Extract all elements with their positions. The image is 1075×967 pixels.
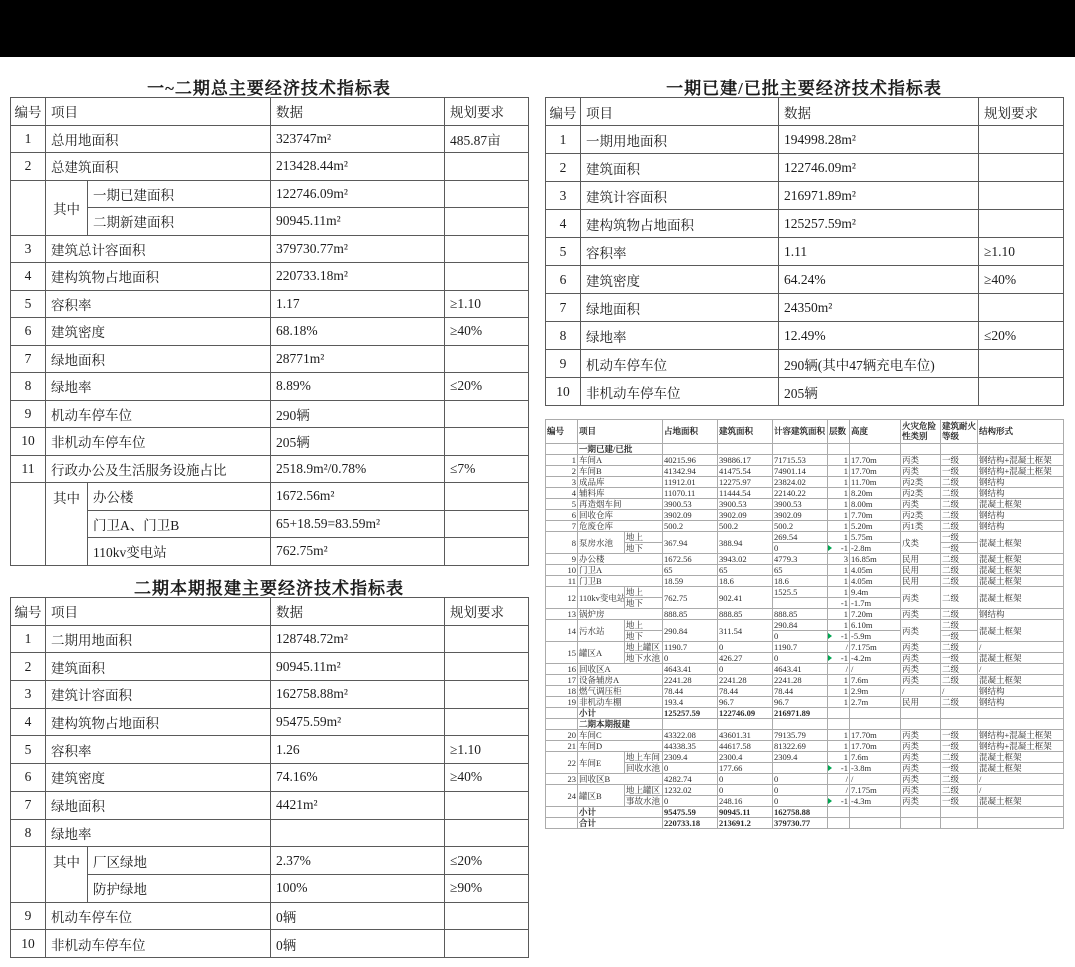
- table-row: 6回收仓库3902.093902.093902.0917.70m丙2类二级钢结构: [546, 510, 1064, 521]
- requirement-value: [445, 345, 529, 373]
- structure-type: /: [978, 774, 1064, 785]
- col-header: 高度: [850, 420, 901, 444]
- section-row: 二期本期报建: [546, 719, 1064, 730]
- row-number: 6: [11, 764, 46, 792]
- row-number: 4: [11, 263, 46, 291]
- item-name: 非机动车停车位: [46, 428, 271, 456]
- table-row: 10非机动车停车位205辆: [11, 428, 529, 456]
- row-number: 9: [11, 902, 46, 930]
- row-number: 1: [11, 625, 46, 653]
- data-value: 128748.72m²: [271, 625, 445, 653]
- table-row: 12110kv变电站地上762.75902.411525.519.4m丙类二级混…: [546, 587, 1064, 598]
- height-value: 17.70m: [850, 730, 901, 741]
- sub-label: 地下水池: [625, 653, 663, 664]
- fire-class: 丙类: [901, 774, 941, 785]
- col-header: 计容建筑面积: [773, 420, 828, 444]
- area-counted: 2309.4: [773, 752, 828, 763]
- col-header: 建筑面积: [718, 420, 773, 444]
- table-row: 防护绿地100%≥90%: [11, 874, 529, 902]
- col-header-item: 项目: [581, 98, 779, 126]
- summary-label: 合计: [578, 818, 663, 829]
- table-row: 22车间E地上车间2309.42300.42309.417.6m丙类二级混凝土框…: [546, 752, 1064, 763]
- height-value: 8.20m: [850, 488, 901, 499]
- table-row: 8绿地率12.49%≤20%: [546, 322, 1064, 350]
- table-row: 2建筑面积90945.11m²: [11, 653, 529, 681]
- table-row: 5再造烟车间3900.533900.533900.5318.00m丙类二级混凝土…: [546, 499, 1064, 510]
- col-header-data: 数据: [271, 98, 445, 126]
- col-header-no: 编号: [11, 98, 46, 126]
- data-value: 162758.88m²: [271, 681, 445, 709]
- area-built: 3943.02: [718, 554, 773, 565]
- floor-count: 1: [828, 675, 850, 686]
- col-header-item: 项目: [46, 98, 271, 126]
- area-built: 0: [718, 664, 773, 675]
- height-value: -5.9m: [850, 631, 901, 642]
- item-name: 建构筑物占地面积: [46, 263, 271, 291]
- item-name: 锅炉房: [578, 609, 663, 620]
- data-value: 290辆(其中47辆充电车位): [779, 350, 979, 378]
- cell: [978, 807, 1064, 818]
- area-counted: [773, 598, 828, 609]
- structure-type: 混凝土框架: [978, 653, 1064, 664]
- floor-count: -1: [828, 631, 850, 642]
- requirement-value: [445, 653, 529, 681]
- structure-type: 钢结构: [978, 697, 1064, 708]
- item-name: 总建筑面积: [46, 153, 271, 181]
- height-value: 7.6m: [850, 752, 901, 763]
- cell: [828, 818, 850, 829]
- green-flag-icon: [828, 655, 832, 661]
- area-footprint: 4282.74: [663, 774, 718, 785]
- item-name: 厂区绿地: [88, 847, 271, 875]
- fire-rating: 二级: [941, 609, 978, 620]
- fire-class: 丙类: [901, 730, 941, 741]
- height-value: 7.6m: [850, 675, 901, 686]
- row-number: 9: [11, 400, 46, 428]
- fire-class: 丙1类: [901, 521, 941, 532]
- floor-count: 1: [828, 752, 850, 763]
- item-name: 绿地面积: [46, 791, 271, 819]
- table2-title: 一期已建/已批主要经济技术指标表: [545, 74, 1063, 99]
- item-name: 防护绿地: [88, 874, 271, 902]
- table-row: 10非机动车停车位205辆: [546, 378, 1064, 406]
- fire-class: 丙类: [901, 752, 941, 763]
- item-name: 机动车停车位: [581, 350, 779, 378]
- floor-count: 3: [828, 554, 850, 565]
- col-header: 火灾危险性类别: [901, 420, 941, 444]
- row-number: 18: [546, 686, 578, 697]
- area-counted: 1525.5: [773, 587, 828, 598]
- data-value: 24350m²: [779, 294, 979, 322]
- col-header-data: 数据: [779, 98, 979, 126]
- item-name: 机动车停车位: [46, 400, 271, 428]
- cell: [978, 719, 1064, 730]
- area-counted: 79135.79: [773, 730, 828, 741]
- cell: [663, 719, 718, 730]
- requirement-value: [445, 153, 529, 181]
- table-phase2-current-indicators: 编号项目数据规划要求1二期用地面积128748.72m²2建筑面积90945.1…: [10, 597, 529, 958]
- table-row: 9机动车停车位290辆: [11, 400, 529, 428]
- requirement-value: ≤20%: [445, 373, 529, 401]
- table-row: 19非机动车棚193.496.796.712.7m民用二级钢结构: [546, 697, 1064, 708]
- fire-class: 戊类: [901, 532, 941, 554]
- table-row: 6建筑密度68.18%≥40%: [11, 318, 529, 346]
- row-number: 2: [546, 466, 578, 477]
- area-counted: 22140.22: [773, 488, 828, 499]
- row-number: 7: [546, 521, 578, 532]
- height-value: 4.05m: [850, 576, 901, 587]
- item-name: 容积率: [581, 238, 779, 266]
- item-name: 泵房水池: [578, 532, 625, 554]
- floor-count: 1: [828, 477, 850, 488]
- data-value: 323747m²: [271, 125, 445, 153]
- height-value: 17.70m: [850, 455, 901, 466]
- data-value: 2518.9m²/0.78%: [271, 455, 445, 483]
- structure-type: 钢结构+混凝土框架: [978, 455, 1064, 466]
- data-value: 762.75m²: [271, 538, 445, 566]
- col-header: 建筑耐火等级: [941, 420, 978, 444]
- area-footprint: 125257.59: [663, 708, 718, 719]
- table-row: 3成品库11912.0112275.9723824.02111.70m丙2类二级…: [546, 477, 1064, 488]
- sub-label: 地上罐区: [625, 785, 663, 796]
- qizhong-label: 其中: [46, 847, 88, 902]
- row-number: 8: [546, 322, 581, 350]
- row-number: [546, 444, 578, 455]
- item-name: 建构筑物占地面积: [46, 708, 271, 736]
- col-header: 层数: [828, 420, 850, 444]
- row-number: 12: [546, 587, 578, 609]
- structure-type: 钢结构+混凝土框架: [978, 466, 1064, 477]
- row-number: [11, 180, 46, 235]
- row-number: 1: [546, 126, 581, 154]
- sub-label: 地上: [625, 587, 663, 598]
- requirement-value: 485.87亩: [445, 125, 529, 153]
- area-built: 177.66: [718, 763, 773, 774]
- row-number: 6: [546, 510, 578, 521]
- fire-rating: 二级: [941, 499, 978, 510]
- area-counted: 3900.53: [773, 499, 828, 510]
- area-footprint: 0: [663, 796, 718, 807]
- area-counted: 18.6: [773, 576, 828, 587]
- structure-type: 钢结构: [978, 521, 1064, 532]
- row-number: 5: [546, 499, 578, 510]
- fire-class: 丙类: [901, 796, 941, 807]
- requirement-value: [979, 126, 1064, 154]
- row-number: 8: [546, 532, 578, 554]
- cell: [773, 444, 828, 455]
- col-header: 结构形式: [978, 420, 1064, 444]
- table-row: 10门卫A65656514.05m民用二级混凝土框架: [546, 565, 1064, 576]
- item-name: 非机动车停车位: [46, 930, 271, 958]
- floor-count: 1: [828, 609, 850, 620]
- fire-class: 丙类: [901, 664, 941, 675]
- item-name: 回收区A: [578, 664, 663, 675]
- row-number: 7: [546, 294, 581, 322]
- cell: [978, 818, 1064, 829]
- item-name: 总用地面积: [46, 125, 271, 153]
- area-footprint: 11070.11: [663, 488, 718, 499]
- table-row: 二期新建面积90945.11m²: [11, 208, 529, 236]
- fire-rating: 二级: [941, 554, 978, 565]
- structure-type: 混凝土框架: [978, 532, 1064, 554]
- col-header-item: 项目: [46, 598, 271, 626]
- data-value: 28771m²: [271, 345, 445, 373]
- sub-label: 地下: [625, 543, 663, 554]
- floor-count: 1: [828, 686, 850, 697]
- row-number: 3: [546, 182, 581, 210]
- row-number: 20: [546, 730, 578, 741]
- item-name: 容积率: [46, 290, 271, 318]
- requirement-value: [445, 791, 529, 819]
- height-value: 7.175m: [850, 642, 901, 653]
- row-number: 2: [546, 154, 581, 182]
- structure-type: 混凝土框架: [978, 675, 1064, 686]
- fire-rating: 一级: [941, 455, 978, 466]
- structure-type: 钢结构: [978, 477, 1064, 488]
- row-number: 11: [546, 576, 578, 587]
- table-row: 13锅炉房888.85888.85888.8517.20m丙类二级钢结构: [546, 609, 1064, 620]
- row-number: 21: [546, 741, 578, 752]
- area-footprint: 41342.94: [663, 466, 718, 477]
- cell: [978, 708, 1064, 719]
- row-number: 5: [546, 238, 581, 266]
- requirement-value: [445, 428, 529, 456]
- area-built: 3900.53: [718, 499, 773, 510]
- fire-class: 丙类: [901, 741, 941, 752]
- height-value: 7.175m: [850, 785, 901, 796]
- requirement-value: [445, 510, 529, 538]
- floor-count: /: [828, 774, 850, 785]
- floor-count: -1: [828, 796, 850, 807]
- item-name: 非机动车棚: [578, 697, 663, 708]
- data-value: 8.89%: [271, 373, 445, 401]
- cell: [718, 444, 773, 455]
- green-flag-icon: [828, 765, 832, 771]
- table-building-details: 编号项目占地面积建筑面积计容建筑面积层数高度火灾危险性类别建筑耐火等级结构形式一…: [545, 419, 1064, 829]
- cell: [901, 444, 941, 455]
- data-value: 4421m²: [271, 791, 445, 819]
- table3-title: 二期本期报建主要经济技术指标表: [10, 574, 528, 599]
- requirement-value: [445, 180, 529, 208]
- row-number: 9: [546, 350, 581, 378]
- row-number: 3: [11, 681, 46, 709]
- floor-count: /: [828, 642, 850, 653]
- row-number: 15: [546, 642, 578, 664]
- row-number: 6: [11, 318, 46, 346]
- table-row: 3建筑计容面积162758.88m²: [11, 681, 529, 709]
- summary-label: 小计: [578, 708, 663, 719]
- item-name: 行政办公及生活服务设施占比: [46, 455, 271, 483]
- area-footprint: 78.44: [663, 686, 718, 697]
- table-row: 其中办公楼1672.56m²: [11, 483, 529, 511]
- floor-count: -1: [828, 543, 850, 554]
- sub-label: 事故水池: [625, 796, 663, 807]
- cell: [978, 444, 1064, 455]
- height-value: 17.70m: [850, 466, 901, 477]
- floor-count: 1: [828, 510, 850, 521]
- fire-class: 丙2类: [901, 477, 941, 488]
- fire-rating: /: [941, 686, 978, 697]
- structure-type: 钢结构: [978, 609, 1064, 620]
- requirement-value: [979, 210, 1064, 238]
- sub-label: 地上车间: [625, 752, 663, 763]
- area-built: 2300.4: [718, 752, 773, 763]
- row-number: 2: [11, 153, 46, 181]
- row-number: [546, 708, 578, 719]
- height-value: 5.20m: [850, 521, 901, 532]
- qizhong-label: 其中: [46, 483, 88, 566]
- cell: [941, 818, 978, 829]
- fire-rating: 二级: [941, 510, 978, 521]
- cell: [850, 807, 901, 818]
- data-value: 194998.28m²: [779, 126, 979, 154]
- col-header-data: 数据: [271, 598, 445, 626]
- item-name: 非机动车停车位: [581, 378, 779, 406]
- structure-type: 混凝土框架: [978, 752, 1064, 763]
- row-number: 11: [11, 455, 46, 483]
- table-row: 10非机动车停车位0辆: [11, 930, 529, 958]
- row-number: 10: [546, 565, 578, 576]
- row-number: [546, 818, 578, 829]
- area-counted: 379730.77: [773, 818, 828, 829]
- table-row: 4建构筑物占地面积95475.59m²: [11, 708, 529, 736]
- requirement-value: ≥40%: [445, 764, 529, 792]
- fire-class: 丙类: [901, 466, 941, 477]
- item-name: 再造烟车间: [578, 499, 663, 510]
- fire-rating: 一级: [941, 763, 978, 774]
- fire-class: 丙类: [901, 587, 941, 609]
- floor-count: 1: [828, 521, 850, 532]
- row-number: 4: [546, 488, 578, 499]
- table-row: 1总用地面积323747m²485.87亩: [11, 125, 529, 153]
- data-value: 0辆: [271, 930, 445, 958]
- height-value: 11.70m: [850, 477, 901, 488]
- requirement-value: [979, 378, 1064, 406]
- cell: [773, 719, 828, 730]
- item-name: 建筑计容面积: [46, 681, 271, 709]
- data-value: 379730.77m²: [271, 235, 445, 263]
- table-row: 11行政办公及生活服务设施占比2518.9m²/0.78%≤7%: [11, 455, 529, 483]
- requirement-value: ≥1.10: [979, 238, 1064, 266]
- area-footprint: 43322.08: [663, 730, 718, 741]
- col-header: 占地面积: [663, 420, 718, 444]
- row-number: 1: [11, 125, 46, 153]
- cell: [941, 807, 978, 818]
- item-name: 办公楼: [578, 554, 663, 565]
- fire-class: 丙类: [901, 642, 941, 653]
- data-value: 2.37%: [271, 847, 445, 875]
- height-value: 5.75m: [850, 532, 901, 543]
- row-number: 4: [546, 210, 581, 238]
- requirement-value: [979, 182, 1064, 210]
- structure-type: 混凝土框架: [978, 587, 1064, 609]
- cell: [901, 708, 941, 719]
- area-footprint: 888.85: [663, 609, 718, 620]
- area-footprint: 762.75: [663, 587, 718, 609]
- table-row: 7危废仓库500.2500.2500.215.20m丙1类二级钢结构: [546, 521, 1064, 532]
- requirement-value: [445, 538, 529, 566]
- area-counted: 888.85: [773, 609, 828, 620]
- area-counted: 0: [773, 631, 828, 642]
- floor-count: 1: [828, 532, 850, 543]
- floor-count: 1: [828, 499, 850, 510]
- area-counted: 71715.53: [773, 455, 828, 466]
- area-built: 96.7: [718, 697, 773, 708]
- area-built: 902.41: [718, 587, 773, 609]
- section-label: 二期本期报建: [578, 719, 663, 730]
- item-name: 燃气调压柜: [578, 686, 663, 697]
- floor-count: 1: [828, 455, 850, 466]
- table-row: 20车间C43322.0843601.3179135.79117.70m丙类一级…: [546, 730, 1064, 741]
- item-name: 回收仓库: [578, 510, 663, 521]
- data-value: 0辆: [271, 902, 445, 930]
- data-value: 1672.56m²: [271, 483, 445, 511]
- row-number: [546, 719, 578, 730]
- table-row: 4建构筑物占地面积220733.18m²: [11, 263, 529, 291]
- item-name: 建筑密度: [46, 764, 271, 792]
- structure-type: 混凝土框架: [978, 499, 1064, 510]
- area-built: 3902.09: [718, 510, 773, 521]
- floor-count: 1: [828, 466, 850, 477]
- fire-class: 民用: [901, 576, 941, 587]
- row-number: 4: [11, 708, 46, 736]
- area-counted: 0: [773, 796, 828, 807]
- table-row: 15罐区A地上罐区1190.701190.7/7.175m丙类二级/: [546, 642, 1064, 653]
- structure-type: 钢结构: [978, 686, 1064, 697]
- item-name: 一期用地面积: [581, 126, 779, 154]
- item-name: 建筑面积: [581, 154, 779, 182]
- fire-rating: 一级: [941, 631, 978, 642]
- drawing-sheet: 一~二期总主要经济技术指标表 编号项目数据规划要求1总用地面积323747m²4…: [0, 57, 1075, 967]
- fire-rating: 二级: [941, 587, 978, 609]
- cell: [718, 719, 773, 730]
- data-value: 125257.59m²: [779, 210, 979, 238]
- fire-rating: 二级: [941, 752, 978, 763]
- table-row: 6建筑密度64.24%≥40%: [546, 266, 1064, 294]
- structure-type: 混凝土框架: [978, 554, 1064, 565]
- item-name: 罐区B: [578, 785, 625, 807]
- cell: [850, 444, 901, 455]
- row-number: 10: [546, 378, 581, 406]
- row-number: 8: [11, 373, 46, 401]
- fire-rating: 二级: [941, 620, 978, 631]
- area-counted: 162758.88: [773, 807, 828, 818]
- cell: [850, 708, 901, 719]
- floor-count: -1: [828, 598, 850, 609]
- table-row: 9机动车停车位0辆: [11, 902, 529, 930]
- fire-class: 丙类: [901, 455, 941, 466]
- area-footprint: 95475.59: [663, 807, 718, 818]
- structure-type: 钢结构+混凝土框架: [978, 730, 1064, 741]
- item-name: 门卫A、门卫B: [88, 510, 271, 538]
- area-footprint: 44338.35: [663, 741, 718, 752]
- row-number: 23: [546, 774, 578, 785]
- fire-class: 丙2类: [901, 510, 941, 521]
- green-flag-icon: [828, 633, 832, 639]
- area-footprint: 220733.18: [663, 818, 718, 829]
- fire-class: 丙类: [901, 675, 941, 686]
- table-row: 4建构筑物占地面积125257.59m²: [546, 210, 1064, 238]
- fire-class: 民用: [901, 565, 941, 576]
- data-value: 100%: [271, 874, 445, 902]
- cell: [901, 719, 941, 730]
- item-name: 车间E: [578, 752, 625, 774]
- table-row: 1车间A40215.9639886.1771715.53117.70m丙类一级钢…: [546, 455, 1064, 466]
- item-name: 办公楼: [88, 483, 271, 511]
- requirement-value: [445, 902, 529, 930]
- area-built: 0: [718, 785, 773, 796]
- area-footprint: 40215.96: [663, 455, 718, 466]
